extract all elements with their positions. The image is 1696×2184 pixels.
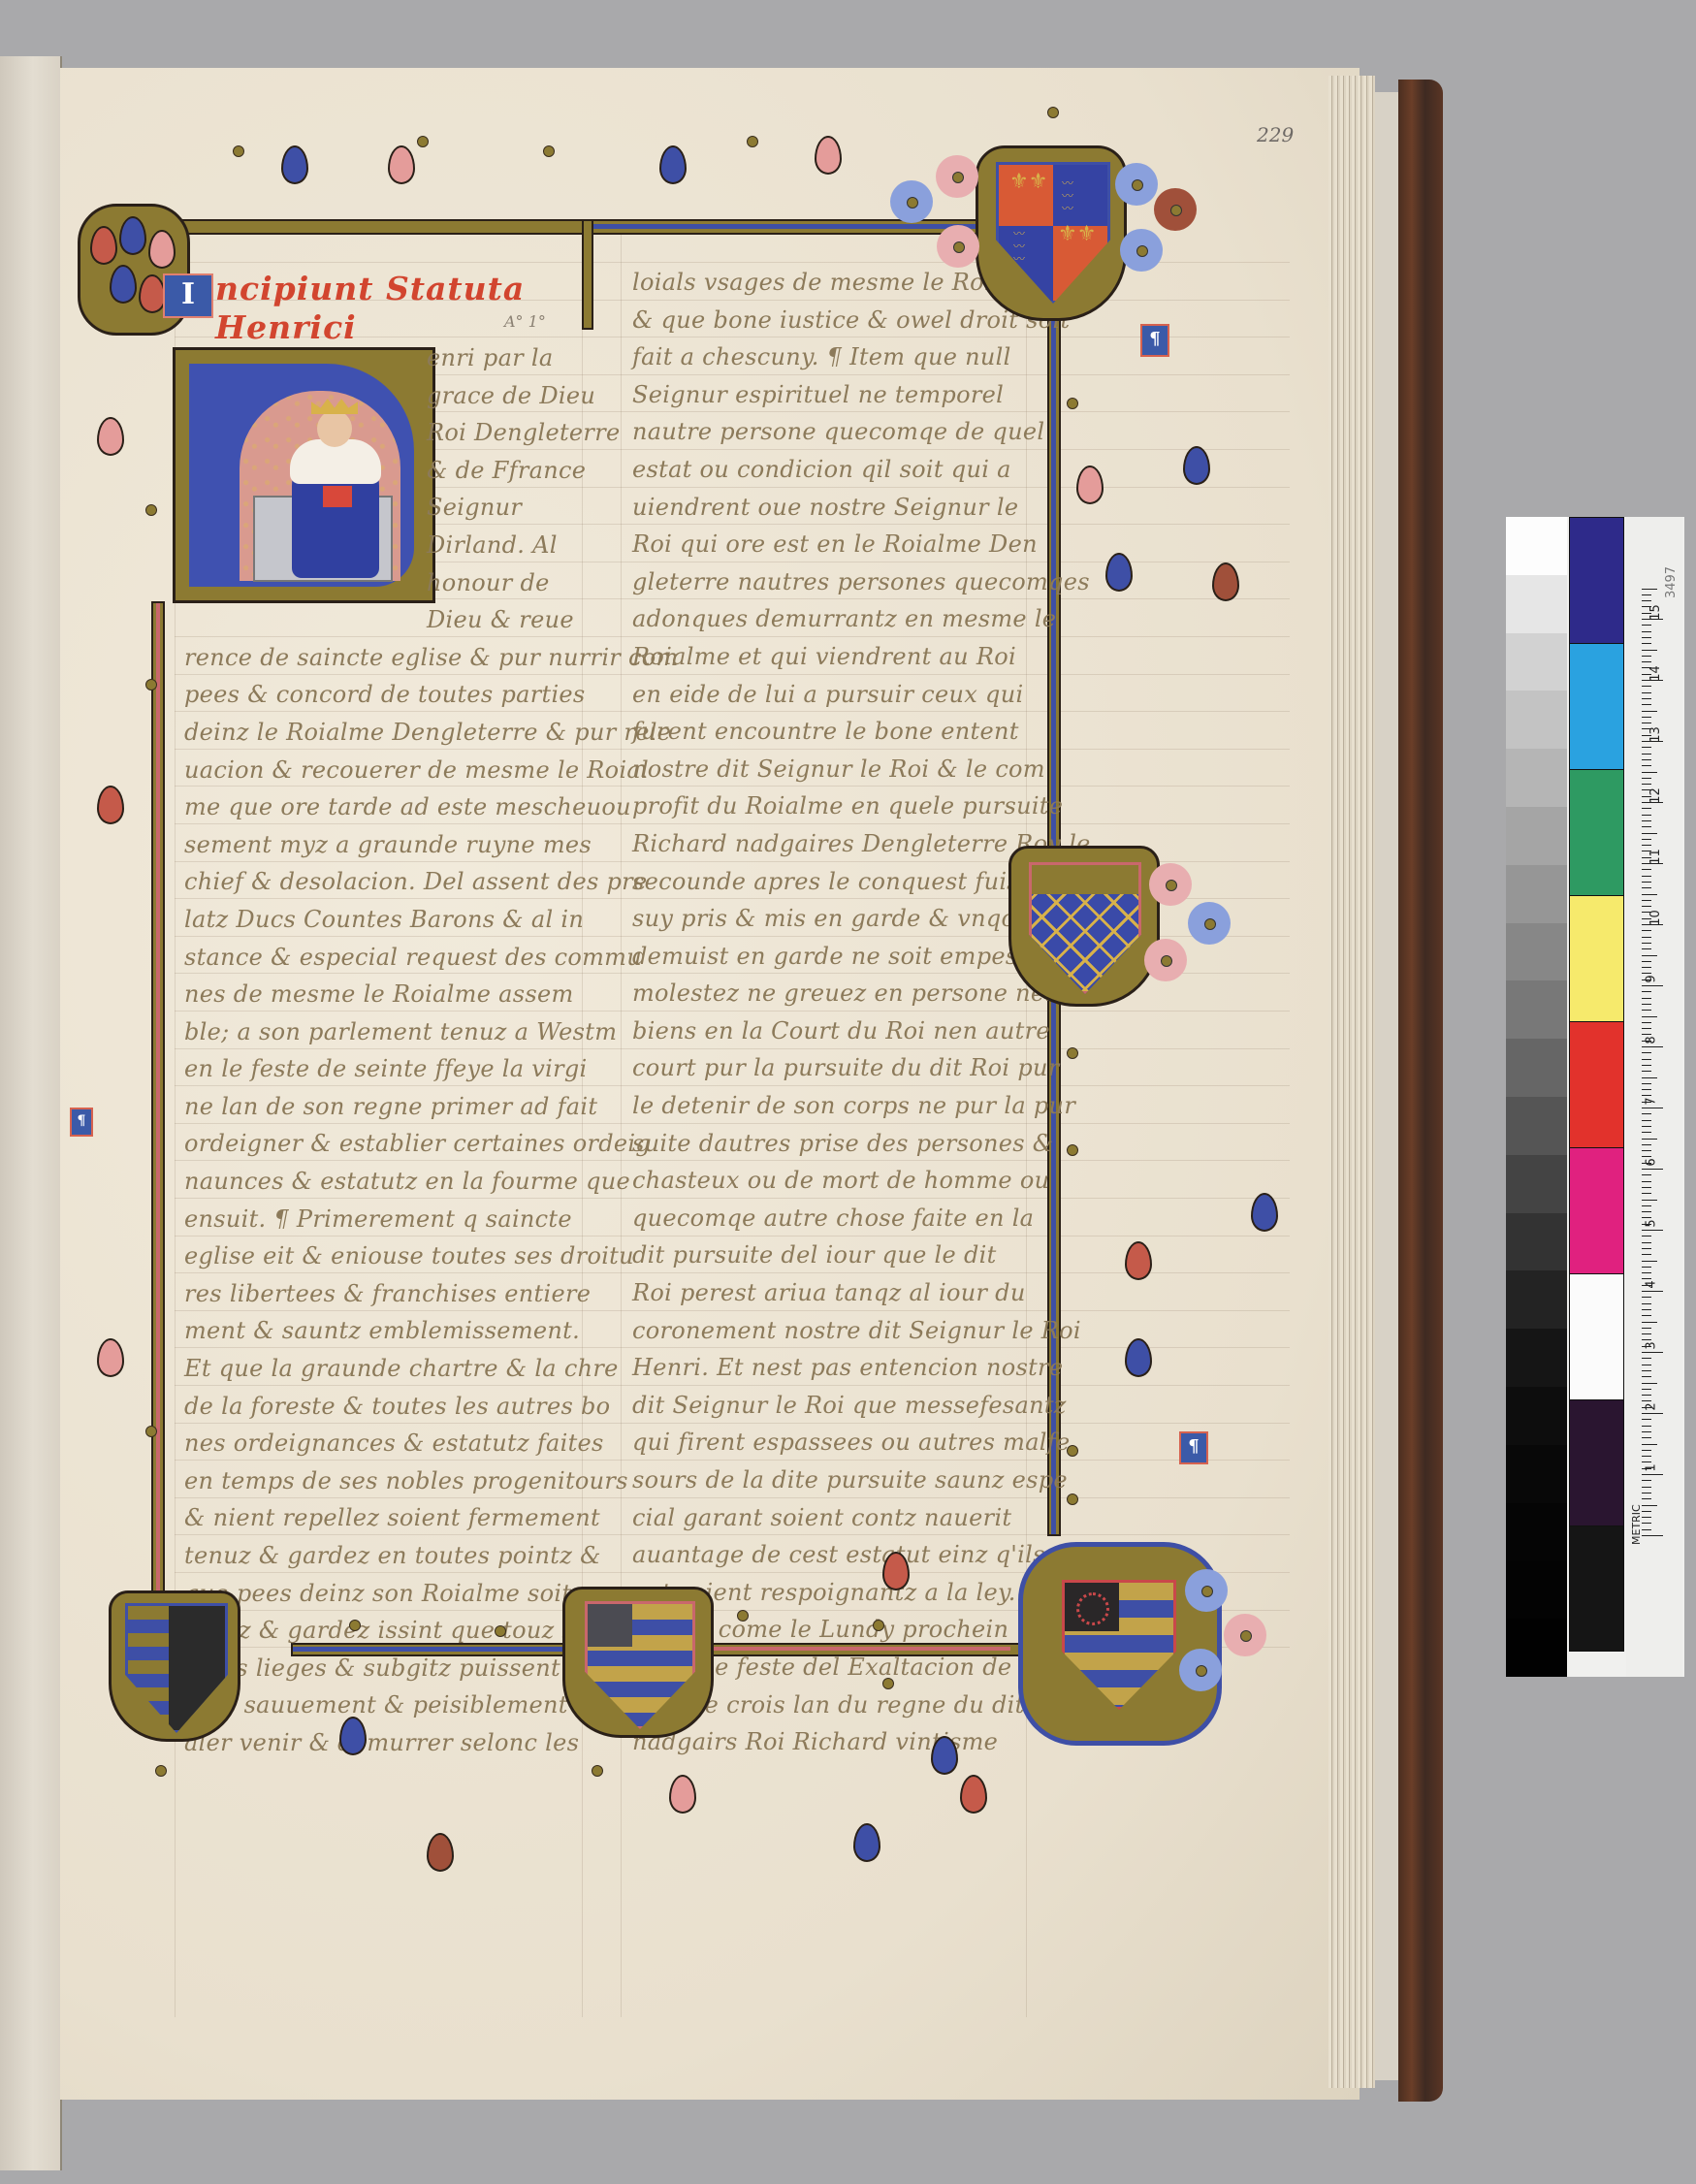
text-line: nostre dit Seignur le Roi & le com [632,751,1020,788]
border-middle-bar [582,219,593,330]
ruler-tick [1642,686,1651,687]
lion-icon: 〰〰〰 [1062,177,1073,215]
text-line: latz Ducs Countes Barons & al in [184,901,582,939]
ruler-tick [1642,1461,1651,1462]
text-line: sore sauuement & peisiblement [184,1686,582,1724]
ruler-tick [1642,1523,1651,1524]
leaf-ornament [1105,553,1133,592]
ruler-tick [1642,1217,1651,1218]
text-line: dit Seignur le Roi que messefesantz [632,1387,1020,1425]
ruler-tick [1642,1431,1651,1432]
gray-patch [1506,865,1567,923]
ruler-tick [1642,1126,1651,1127]
text-line: cial garant soient contz nauerit [632,1499,1020,1537]
gold-dot [543,145,555,157]
ruler-tick [1642,991,1651,992]
gray-patch [1506,807,1567,865]
text-line: & que bone iustice & owel droit soit [632,302,1020,339]
text-line: gleterre nautres persones quecomqes [632,563,1020,601]
text-line: ordeigner & establier certaines ordeig [184,1125,582,1163]
text-line: que pees deinz son Roialme soit [184,1575,582,1613]
text-line: qui firent espassees ou autres malfe [632,1424,1020,1461]
ruler-tick [1642,1261,1657,1262]
ruler-tick [1642,1498,1651,1499]
ruler-tick [1642,882,1651,883]
ruler-tick [1642,625,1651,626]
gold-dot [233,145,244,157]
flower-blue [1120,229,1163,272]
gold-dot [873,1620,884,1631]
text-line: nadgairs Roi Richard vintisme [632,1723,1020,1761]
ruler-tick [1642,1529,1651,1530]
ruler-tick [1642,1211,1651,1212]
ruler-tick [1642,1267,1651,1268]
ruler-tick [1642,833,1657,834]
ruler-tick [1642,1474,1663,1475]
text-line: en eide de lui a pursuir ceux qui [632,676,1020,714]
ruler-tick [1642,1016,1657,1017]
gray-patch [1506,1155,1567,1213]
text-line: me que ore tarde ad este mescheuou [184,788,582,826]
ruler-tick [1642,894,1657,895]
ruler-tick [1642,1389,1651,1390]
shield-canton [588,1604,632,1647]
ruler-tick [1642,600,1651,601]
ruler-tick [1642,1174,1651,1175]
ruler-tick [1642,937,1651,938]
text-line: auantage de cest estatut einz q'ils [632,1536,1020,1574]
ruler-tick [1642,772,1657,773]
ruler-tick [1642,594,1651,595]
text-line: naunces & estatutz en la fourme que [184,1163,582,1201]
gold-dot [882,1678,894,1689]
ruler-tick [1642,998,1651,999]
ruler-number: 6 [1645,1158,1659,1166]
border-left-bar [151,601,165,1594]
leaf-ornament [1251,1193,1278,1232]
marginal-guide-letter: ¶ [1140,324,1169,357]
ruler-tick [1642,808,1651,809]
text-line: nes de mesme le Roialme assem [184,976,582,1013]
text-line: deinz le Roialme Dengleterre & pur rele [184,714,582,752]
flower-blue [1185,1569,1228,1612]
gold-dot [1047,107,1059,118]
ruler-tick [1642,765,1651,766]
gray-patch [1506,517,1567,575]
rubric-line-1: ncipiunt Statuta Henrici [176,270,526,347]
ruler-tick [1642,723,1651,723]
ruler-tick [1642,1450,1651,1451]
text-line: ble; a son parlement tenuz a Westm [184,1013,582,1051]
text-line: en le feste de seinte ffeye la virgi [184,1050,582,1088]
ruler-tick [1642,1309,1651,1310]
color-patch [1569,1021,1624,1149]
ruler-tick [1642,826,1651,827]
shield-frame-right [1008,846,1160,1007]
ruler-tick [1642,1395,1651,1396]
fleur-de-lis-icon: ⚜⚜ [1009,170,1047,194]
gray-patch [1506,749,1567,807]
ruler-number: 2 [1645,1402,1659,1410]
text-column-left: enri par lagrace de DieuRoi Dengleterre&… [184,339,582,1762]
ruler-number: 1 [1645,1463,1659,1471]
ruler-tick [1642,1052,1651,1053]
text-line: sours de la dite pursuite saunz espe [632,1461,1020,1499]
ruler-tick [1642,1339,1651,1340]
ruler-tick [1642,1535,1663,1536]
ruler-tick [1642,661,1651,662]
flower-rose-pink [1224,1614,1266,1656]
ruler-tick [1642,1108,1663,1108]
flower-rose-pink [937,225,979,268]
gold-dot [1067,398,1078,409]
text-line: Roi qui ore est en le Roialme Den [632,526,1020,563]
ruler-tick [1642,1400,1651,1401]
leaf-ornament [388,145,415,184]
shield-barry-canton-annulets [1062,1580,1176,1710]
ruler-number: 5 [1645,1219,1659,1227]
text-line: chief & desolacion. Del assent des pre [184,863,582,901]
color-patch [1569,769,1624,897]
ruler-tick [1642,1297,1651,1298]
ruler-number: 11 [1648,849,1663,865]
shield-fretty [1029,862,1141,994]
leaf-ornament [1183,446,1210,485]
fleur-de-lis-icon: ⚜⚜ [1058,222,1096,246]
text-line: honour de [184,564,582,602]
ruler-tick [1642,1028,1651,1029]
ruler-tick [1642,1352,1663,1353]
gray-patch [1506,575,1567,633]
color-patch [1569,643,1624,771]
ruler-tick [1642,1333,1651,1334]
text-line: tenuz & gardez en toutes pointz & [184,1537,582,1575]
shield-barry-canton [585,1601,695,1729]
color-calibration-target: 123456789101112131415 3497 METRIC [1506,517,1684,1677]
text-line: & de Ffrance [184,452,582,490]
shield-frame-bottom-center [562,1587,714,1738]
ruled-margin [582,223,583,2017]
ruler-tick [1642,1358,1651,1359]
ruler-tick [1642,1095,1651,1096]
text-line: dit pursuite del iour que le dit [632,1237,1020,1274]
leaf-ornament [669,1775,696,1814]
leaf-ornament [148,230,176,269]
gold-dot [592,1765,603,1777]
ruler-tick [1642,1376,1651,1377]
text-line: loials vsages de mesme le Roialme [632,264,1020,302]
leaf-ornament [110,265,137,304]
ruler-tick [1642,704,1651,705]
color-patch [1569,1526,1624,1652]
leaf-ornament [931,1736,958,1775]
text-line: uacion & recouerer de mesme le Roial [184,752,582,789]
ruler-tick [1642,1413,1663,1414]
ruled-margin [621,223,622,2017]
leather-binding [1398,80,1443,2102]
text-line: rence de saincte eglise & pur nurrir com [184,639,582,677]
ruler-tick [1642,1254,1651,1255]
text-line: biens en la Court du Roi nen autre [632,1012,1020,1050]
ruler-id: 3497 [1664,566,1679,598]
ruler-tick [1642,820,1651,821]
gray-patch [1506,923,1567,981]
ruler-tick [1642,1022,1651,1023]
text-line: stance & especial request des commu [184,939,582,977]
metric-ruler: 123456789101112131415 3497 METRIC [1626,517,1682,1677]
ruler-tick [1642,1004,1651,1005]
flower-rose-pink [1144,939,1187,981]
gold-dot [1067,1047,1078,1059]
gold-dot [495,1625,506,1637]
ruler-tick [1642,1200,1657,1201]
ruler-tick [1642,900,1651,901]
gold-dot [145,679,157,691]
text-line: adonques demurrantz en mesme le [632,600,1020,638]
leaf-ornament [853,1823,880,1862]
leaf-ornament [97,1338,124,1377]
gray-patch [1506,1270,1567,1329]
ruler-tick [1642,1291,1663,1292]
ruler-tick [1642,839,1651,840]
gray-patch [1506,1387,1567,1445]
ruler-tick [1642,656,1651,657]
gray-patch [1506,1097,1567,1155]
marginal-guide-letter: ¶ [1179,1431,1208,1464]
gold-dot [1067,1144,1078,1156]
text-line: de la foreste & toutes les autres bo [184,1388,582,1426]
leaf-ornament [1076,466,1104,504]
ruler-tick [1642,650,1657,651]
text-column-right: loials vsages de mesme le Roialme& que b… [632,264,1020,1761]
ruler-tick [1642,1193,1651,1194]
ruler-tick [1642,711,1657,712]
ruler-tick [1642,698,1651,699]
folio-number: 229 [1257,123,1294,146]
ruler-tick [1642,589,1657,590]
ruler-tick [1642,1511,1651,1512]
text-line: demuist en garde ne soit empesches [632,938,1020,976]
ruler-tick [1642,1010,1651,1011]
text-line: le detenir de son corps ne pur la pur [632,1087,1020,1125]
text-line: secounde apres le conquest fuist pur [632,863,1020,901]
text-line: Et que la graunde chartre & la chre [184,1350,582,1388]
ruler-tick [1642,815,1651,816]
ruler-label: METRIC [1630,1504,1643,1545]
text-line: Henri. Et nest pas entencion nostre [632,1349,1020,1387]
ruler-tick [1642,1444,1657,1445]
text-line: tenuz & gardez issint que touz ses [184,1612,582,1650]
gray-patch [1506,691,1567,749]
color-patch [1569,517,1624,645]
text-line: nautre persone quecomqe de quel [632,413,1020,451]
ruler-tick [1642,1059,1651,1060]
leaf-ornament [960,1775,987,1814]
gold-dot [417,136,429,147]
gray-patch [1506,1560,1567,1619]
ruler-tick [1642,943,1651,944]
color-patch [1569,895,1624,1023]
flower-blue [1188,902,1231,945]
ruler-tick [1642,717,1651,718]
ruler-tick [1642,1065,1651,1066]
gold-dot [747,136,758,147]
shield-barry-impaled-lion [125,1603,228,1733]
ruler-tick [1642,1150,1651,1151]
ruler-number: 10 [1648,910,1663,926]
ruler-number: 3 [1645,1341,1659,1349]
ruler-number: 7 [1645,1097,1659,1105]
ruled-margin [1026,223,1027,2017]
gray-patch [1506,1329,1567,1387]
leaf-ornament [119,216,146,255]
text-line: Dirland. Al [184,527,582,564]
gray-patch [1506,980,1567,1039]
gray-patch [1506,1445,1567,1503]
leaf-ornament [427,1833,454,1872]
ruler-tick [1642,1303,1651,1304]
text-line: estat ou condicion qil soit qui a [632,451,1020,489]
text-line: ne lan de son regne primer ad fait [184,1088,582,1126]
ruler-tick [1642,1487,1651,1488]
text-line: Seignur espirituel ne temporel [632,376,1020,414]
shield-canton-sable [1065,1583,1119,1631]
ruler-tick [1642,1322,1657,1323]
ruler-tick [1642,1370,1651,1371]
gray-patch [1506,1503,1567,1561]
text-line: furent encountre le bone entent [632,713,1020,751]
ruler-tick [1642,1113,1651,1114]
leaf-ornament [339,1717,367,1755]
leaf-ornament [815,136,842,175]
leaf-ornament [97,786,124,824]
leaf-ornament [1212,562,1239,601]
gold-dot [145,504,157,516]
ruler-tick [1642,1034,1651,1035]
leaf-ornament [1125,1338,1152,1377]
ruler-tick [1642,1169,1663,1170]
gold-dot [349,1620,361,1631]
annulet-ring [1076,1592,1109,1625]
ruler-tick [1642,1419,1651,1420]
shield-frame-top: ⚜⚜ ⚜⚜ 〰〰〰 〰〰〰 [976,145,1127,321]
ruler-tick [1642,1328,1651,1329]
ruler-number: 15 [1648,604,1663,621]
ruler-tick [1642,643,1651,644]
ruler-tick [1642,1493,1651,1493]
text-line: Dieu & reue [184,601,582,639]
ruler-tick [1642,1181,1651,1182]
left-page-edge [0,56,62,2170]
ruler-tick [1642,973,1651,974]
marginal-annotation: A° 1° [504,312,546,331]
ruler-tick [1642,876,1651,877]
ruler-tick [1642,1456,1651,1457]
text-line: enri par la [184,339,582,377]
gray-patch [1506,633,1567,691]
shield-frame-bottom-right [1018,1542,1222,1746]
ruler-tick [1642,754,1651,755]
ruler-tick [1642,1083,1651,1084]
lion-icon: 〰〰〰 [1013,228,1025,266]
flower-rose-pink [1149,863,1192,906]
ruler-tick [1642,1120,1651,1121]
text-line: suy pris & mis en garde & vnqore [632,900,1020,938]
ruler-tick [1642,1365,1651,1365]
ruler-tick [1642,1156,1651,1157]
ruler-tick [1642,778,1651,779]
ruler-tick [1642,747,1651,748]
ruler-tick [1642,845,1651,846]
ruler-tick [1642,906,1651,907]
gold-dot [737,1610,749,1622]
text-line: Roi Dengleterre [184,414,582,452]
ruler-tick [1642,1383,1657,1384]
color-patch [1569,1273,1624,1401]
text-line: eglise eit & eniouse toutes ses droitu [184,1237,582,1275]
ruler-tick [1642,1071,1651,1072]
color-patch [1569,1147,1624,1275]
ruler-number: 9 [1645,975,1659,982]
page-fore-edge [1328,76,1375,2088]
ruler-tick [1642,1230,1663,1231]
ruler-number: 13 [1648,726,1663,743]
text-line: & nient repellez soient fermement [184,1499,582,1537]
border-top-bar [175,219,1022,235]
flower-blue [890,180,933,223]
color-patch [1569,1399,1624,1527]
text-line: profit du Roialme en quele pursuite [632,787,1020,825]
ruler-number: 4 [1645,1280,1659,1288]
ruler-tick [1642,955,1657,956]
flower-brown [1154,188,1197,231]
ruler-tick [1642,1187,1651,1188]
flower-blue [1179,1649,1222,1691]
text-line: Roialme et qui viendrent au Roi [632,638,1020,676]
leaf-ornament [659,145,687,184]
flower-rose-pink [936,155,978,198]
text-line: Roi perest ariua tanqz al iour du [632,1274,1020,1312]
ruler-tick [1642,961,1651,962]
ruler-tick [1642,1505,1657,1506]
ruler-tick [1642,1205,1651,1206]
text-line: nes ordeignances & estatutz faites [184,1425,582,1462]
gray-patch [1506,1213,1567,1271]
ruler-tick [1642,1089,1651,1090]
text-line: sement myz a graunde ruyne mes [184,826,582,864]
ruler-tick [1642,930,1651,931]
gold-dot [155,1765,167,1777]
text-line: res libertees & franchises entiere [184,1275,582,1313]
ruler-tick [1642,784,1651,785]
ruler-tick [1642,1315,1651,1316]
shield-frame-bottom-left [109,1590,240,1742]
flower-blue [1115,163,1158,206]
text-line: molestez ne greuez en persone nen [632,975,1020,1012]
ruler-tick [1642,1236,1651,1237]
marginal-guide-letter: ¶ [70,1108,93,1137]
text-line: grace de Dieu [184,377,582,415]
leaf-ornament [281,145,308,184]
leaf-ornament [1125,1241,1152,1280]
ruler-tick [1642,1480,1651,1481]
ruler-tick [1642,631,1651,632]
gray-patch [1506,1619,1567,1677]
leaf-ornament [139,274,166,313]
leaf-ornament [90,226,117,265]
ruler-tick [1642,1248,1651,1249]
ruler-number: 8 [1645,1036,1659,1044]
